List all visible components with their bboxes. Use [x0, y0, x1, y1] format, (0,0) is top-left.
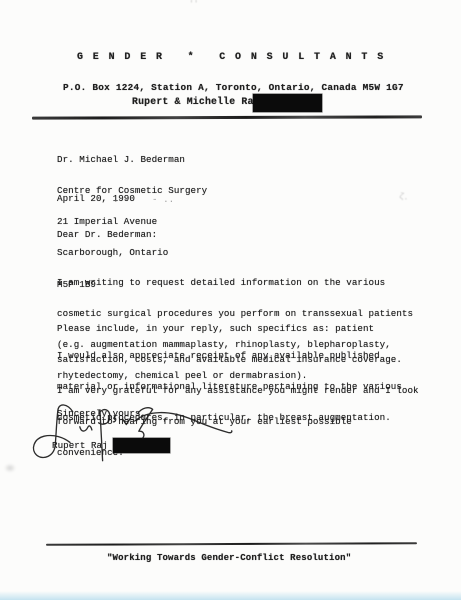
letterhead-principals: Rupert & Michelle Raj: [132, 96, 260, 107]
date-stray-marks: . - - ..: [113, 195, 174, 205]
redaction-bar-header: [253, 94, 322, 112]
handwritten-signature: [28, 396, 263, 471]
salutation: Dear Dr. Bederman:: [57, 230, 157, 240]
letterhead-org-name: G E N D E R * C O N S U L T A N T S: [77, 52, 385, 63]
body-line: I would also appreciate receipt of any a…: [57, 351, 402, 361]
letterhead-address: P.O. Box 1224, Station A, Toronto, Ontar…: [63, 82, 404, 93]
scan-smudge-left: [2, 462, 18, 474]
scanned-letter-page: '' G E N D E R * C O N S U L T A N T S P…: [0, 0, 461, 600]
scan-edge-bottom: [0, 591, 461, 600]
scan-smudge-top: '': [189, 0, 199, 9]
body-line: I am very grateful for any assistance yo…: [57, 386, 419, 396]
recipient-line: Dr. Michael J. Bederman: [57, 155, 207, 165]
letterhead-rule: [32, 115, 422, 119]
recipient-line: 21 Imperial Avenue: [57, 217, 207, 227]
footer-motto: "Working Towards Gender-Conflict Resolut…: [107, 553, 351, 563]
scan-smudge-right: ζ.: [398, 192, 409, 203]
footer-rule: [46, 542, 417, 546]
body-line: I am writing to request detailed informa…: [57, 278, 413, 288]
